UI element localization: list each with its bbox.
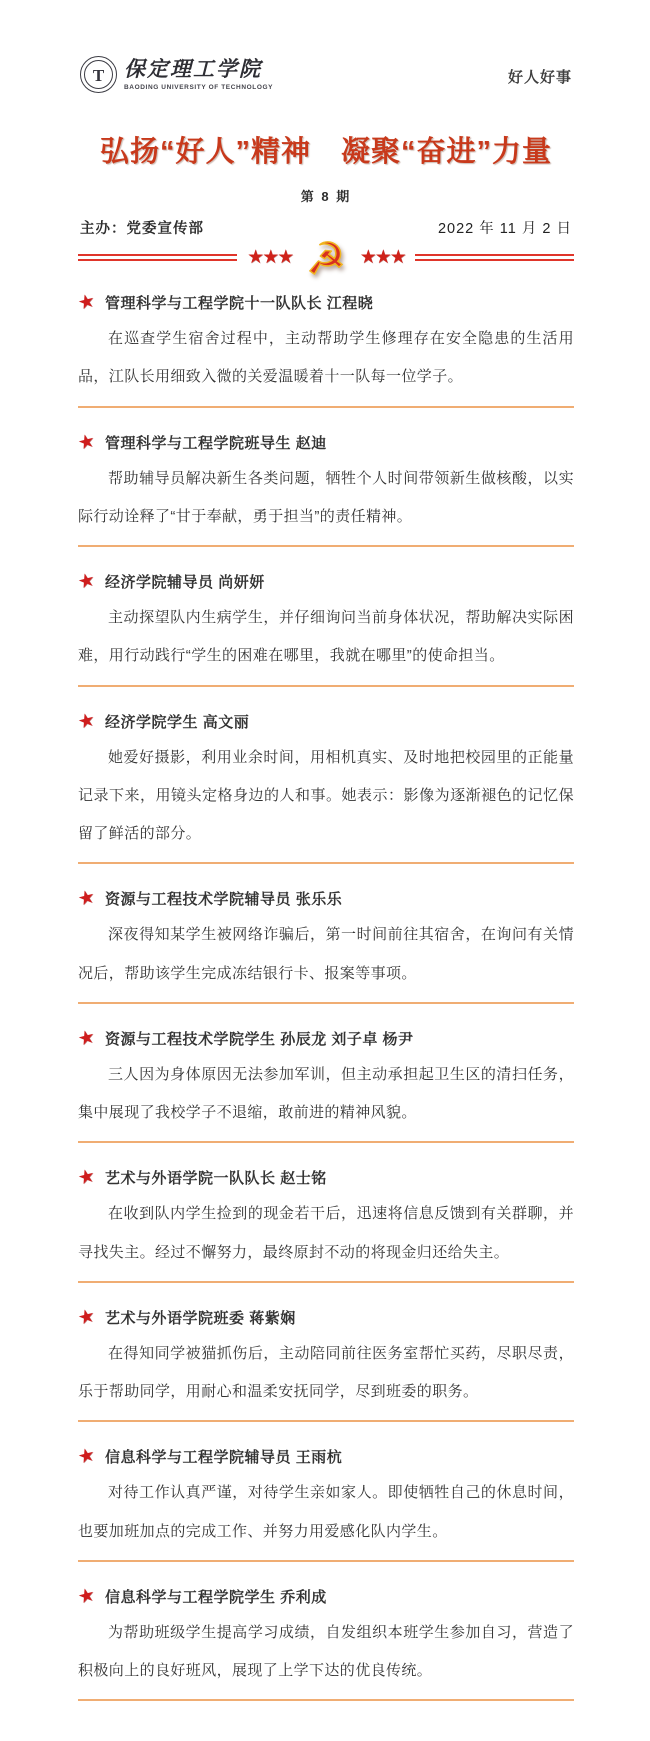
entry-body: 主动探望队内生病学生，并仔细询问当前身体状况，帮助解决实际困难，用行动践行“学生…: [78, 599, 574, 676]
star-icon: ★: [76, 1585, 97, 1608]
entry-title: 信息科学与工程学院学生 乔利成: [105, 1586, 327, 1607]
star-icon: ★: [76, 1306, 97, 1329]
entry-body: 为帮助班级学生提高学习成绩，自发组织本班学生参加自习，营造了积极向上的良好班风，…: [78, 1614, 574, 1691]
star-icon: ★: [76, 291, 97, 314]
entry-title: 管理科学与工程学院十一队队长 江程晓: [105, 292, 373, 313]
star-icon: ★: [76, 887, 97, 910]
entry-divider: [78, 1699, 574, 1701]
entry-divider: [78, 1002, 574, 1004]
entry-title: 管理科学与工程学院班导生 赵迪: [105, 432, 327, 453]
entry-title: 艺术与外语学院班委 蒋紫娴: [105, 1307, 296, 1328]
star-icon: ★: [76, 710, 97, 733]
entry-divider: [78, 1420, 574, 1422]
list-item: ★ 经济学院辅导员 尚妍妍 主动探望队内生病学生，并仔细询问当前身体状况，帮助解…: [78, 571, 574, 687]
entry-body: 在得知同学被猫抓伤后，主动陪同前往医务室帮忙买药，尽职尽责，乐于帮助同学，用耐心…: [78, 1335, 574, 1412]
entry-divider: [78, 1141, 574, 1143]
entry-divider: [78, 406, 574, 408]
university-logo: T 保定理工学院 BAODING UNIVERSITY OF TECHNOLOG…: [80, 56, 273, 93]
newsletter-page: T 保定理工学院 BAODING UNIVERSITY OF TECHNOLOG…: [0, 0, 650, 1741]
entry-title: 经济学院辅导员 尚妍妍: [105, 571, 265, 592]
entry-divider: [78, 862, 574, 864]
good-deeds-list: ★ 管理科学与工程学院十一队队长 江程晓 在巡查学生宿舍过程中，主动帮助学生修理…: [78, 292, 574, 1701]
double-red-line-left: [78, 254, 237, 261]
list-item: ★ 艺术与外语学院班委 蒋紫娴 在得知同学被猫抓伤后，主动陪同前往医务室帮忙买药…: [78, 1307, 574, 1423]
list-item: ★ 信息科学与工程学院辅导员 王雨杭 对待工作认真严谨，对待学生亲如家人。即使牺…: [78, 1446, 574, 1562]
organizer-label: 主办：党委宣传部: [80, 217, 204, 238]
entry-divider: [78, 1560, 574, 1562]
entry-body: 在巡查学生宿舍过程中，主动帮助学生修理存在安全隐患的生活用品，江队长用细致入微的…: [78, 320, 574, 397]
star-icon: ★: [76, 1445, 97, 1468]
university-seal-icon: T: [80, 56, 117, 93]
entry-title: 资源与工程技术学院学生 孙辰龙 刘子卓 杨尹: [105, 1028, 414, 1049]
entry-divider: [78, 545, 574, 547]
star-divider: ★★★ ☭ ★★★: [78, 240, 574, 274]
party-emblem-icon: ☭: [306, 238, 345, 282]
university-name-en: BAODING UNIVERSITY OF TECHNOLOGY: [124, 84, 273, 91]
star-icon: ★: [76, 1027, 97, 1050]
entry-body: 三人因为身体原因无法参加军训，但主动承担起卫生区的清扫任务，集中展现了我校学子不…: [78, 1056, 574, 1133]
issue-date: 2022 年 11 月 2 日: [438, 217, 572, 238]
star-icon: ★: [76, 570, 97, 593]
list-item: ★ 资源与工程技术学院学生 孙辰龙 刘子卓 杨尹 三人因为身体原因无法参加军训，…: [78, 1028, 574, 1144]
entry-title: 经济学院学生 高文丽: [105, 711, 249, 732]
entry-title: 艺术与外语学院一队队长 赵士铭: [105, 1167, 327, 1188]
page-header: T 保定理工学院 BAODING UNIVERSITY OF TECHNOLOG…: [78, 56, 574, 93]
star-icon: ★: [76, 1166, 97, 1189]
list-item: ★ 经济学院学生 高文丽 她爱好摄影，利用业余时间，用相机真实、及时地把校园里的…: [78, 711, 574, 865]
entry-title: 资源与工程技术学院辅导员 张乐乐: [105, 888, 342, 909]
entry-body: 她爱好摄影，利用业余时间，用相机真实、及时地把校园里的正能量记录下来，用镜头定格…: [78, 739, 574, 854]
entry-body: 对待工作认真严谨，对待学生亲如家人。即使牺牲自己的休息时间，也要加班加点的完成工…: [78, 1474, 574, 1551]
stars-right-icon: ★★★: [360, 248, 405, 267]
entry-title: 信息科学与工程学院辅导员 王雨杭: [105, 1446, 342, 1467]
entry-body: 深夜得知某学生被网络诈骗后，第一时间前往其宿舍，在询问有关情况后，帮助该学生完成…: [78, 916, 574, 993]
stars-left-icon: ★★★: [247, 248, 292, 267]
university-names: 保定理工学院 BAODING UNIVERSITY OF TECHNOLOGY: [124, 58, 273, 90]
university-name-cn: 保定理工学院: [124, 58, 273, 81]
column-label: 好人好事: [508, 66, 572, 87]
entry-body: 在收到队内学生捡到的现金若干后，迅速将信息反馈到有关群聊，并寻找失主。经过不懈努…: [78, 1195, 574, 1272]
list-item: ★ 资源与工程技术学院辅导员 张乐乐 深夜得知某学生被网络诈骗后，第一时间前往其…: [78, 888, 574, 1004]
list-item: ★ 管理科学与工程学院十一队队长 江程晓 在巡查学生宿舍过程中，主动帮助学生修理…: [78, 292, 574, 408]
list-item: ★ 管理科学与工程学院班导生 赵迪 帮助辅导员解决新生各类问题，牺牲个人时间带领…: [78, 432, 574, 548]
seal-letter: T: [93, 67, 104, 84]
star-icon: ★: [76, 431, 97, 454]
list-item: ★ 信息科学与工程学院学生 乔利成 为帮助班级学生提高学习成绩，自发组织本班学生…: [78, 1586, 574, 1702]
double-red-line-right: [415, 254, 574, 261]
issue-number: 第 8 期: [78, 186, 574, 205]
page-title: 弘扬“好人”精神 凝聚“奋进”力量: [78, 129, 574, 170]
entry-divider: [78, 1281, 574, 1283]
list-item: ★ 艺术与外语学院一队队长 赵士铭 在收到队内学生捡到的现金若干后，迅速将信息反…: [78, 1167, 574, 1283]
entry-body: 帮助辅导员解决新生各类问题，牺牲个人时间带领新生做核酸，以实际行动诠释了“甘于奉…: [78, 460, 574, 537]
entry-divider: [78, 685, 574, 687]
